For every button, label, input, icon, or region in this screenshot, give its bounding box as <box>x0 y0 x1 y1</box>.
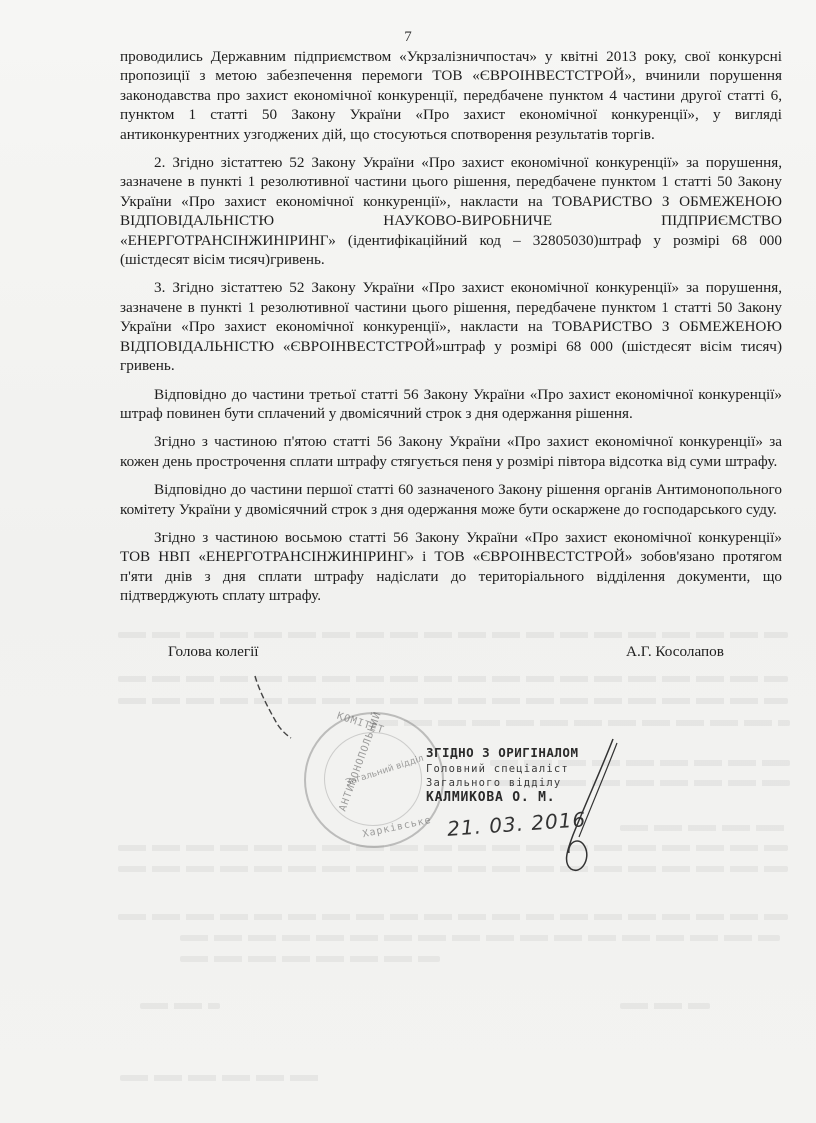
bleed-through-line <box>118 914 788 920</box>
bleed-through-line <box>118 698 788 704</box>
bleed-through-line <box>180 956 440 962</box>
signatory-name: А.Г. Косолапов <box>626 643 724 661</box>
document-page: 7 проводились Державним підприємством «У… <box>0 0 816 1123</box>
chair-signature-stroke <box>245 672 305 742</box>
bleed-through-line <box>370 720 790 726</box>
document-body: проводились Державним підприємством «Укр… <box>120 47 782 615</box>
paragraph-appeal: Відповідно до частини першої статті 60 з… <box>120 480 782 519</box>
bleed-through-line <box>140 1003 220 1009</box>
bleed-through-line <box>620 1003 710 1009</box>
signature-block: Голова колегії А.Г. Косолапов <box>168 643 768 665</box>
round-seal: КОМІТЕТ АНТИМОНОПОЛЬНИЙ Харківське Загал… <box>304 712 444 848</box>
paragraph-documents: Згідно з частиною восьмою статті 56 Зако… <box>120 528 782 606</box>
bleed-through-line <box>120 1075 320 1081</box>
paragraph-continuation: проводились Державним підприємством «Укр… <box>120 47 782 144</box>
paragraph-item-3-fine-euroinvest: 3. Згідно зістаттею 52 Закону України «П… <box>120 278 782 375</box>
paragraph-fine-deadline: Відповідно до частини третьої статті 56 … <box>120 385 782 424</box>
bleed-through-line <box>118 632 788 638</box>
bleed-through-line <box>620 825 790 831</box>
bleed-through-line <box>118 676 788 682</box>
paragraph-item-2-fine-energotrans: 2. Згідно зістаттею 52 Закону України «П… <box>120 153 782 269</box>
bleed-through-line <box>180 935 780 941</box>
bleed-through-line <box>118 866 788 872</box>
page-number: 7 <box>0 29 816 46</box>
bleed-through-line <box>118 845 788 851</box>
handwritten-signature <box>555 735 625 875</box>
signatory-title: Голова колегії <box>168 643 259 661</box>
paragraph-penalty: Згідно з частиною п'ятою статті 56 Закон… <box>120 432 782 471</box>
